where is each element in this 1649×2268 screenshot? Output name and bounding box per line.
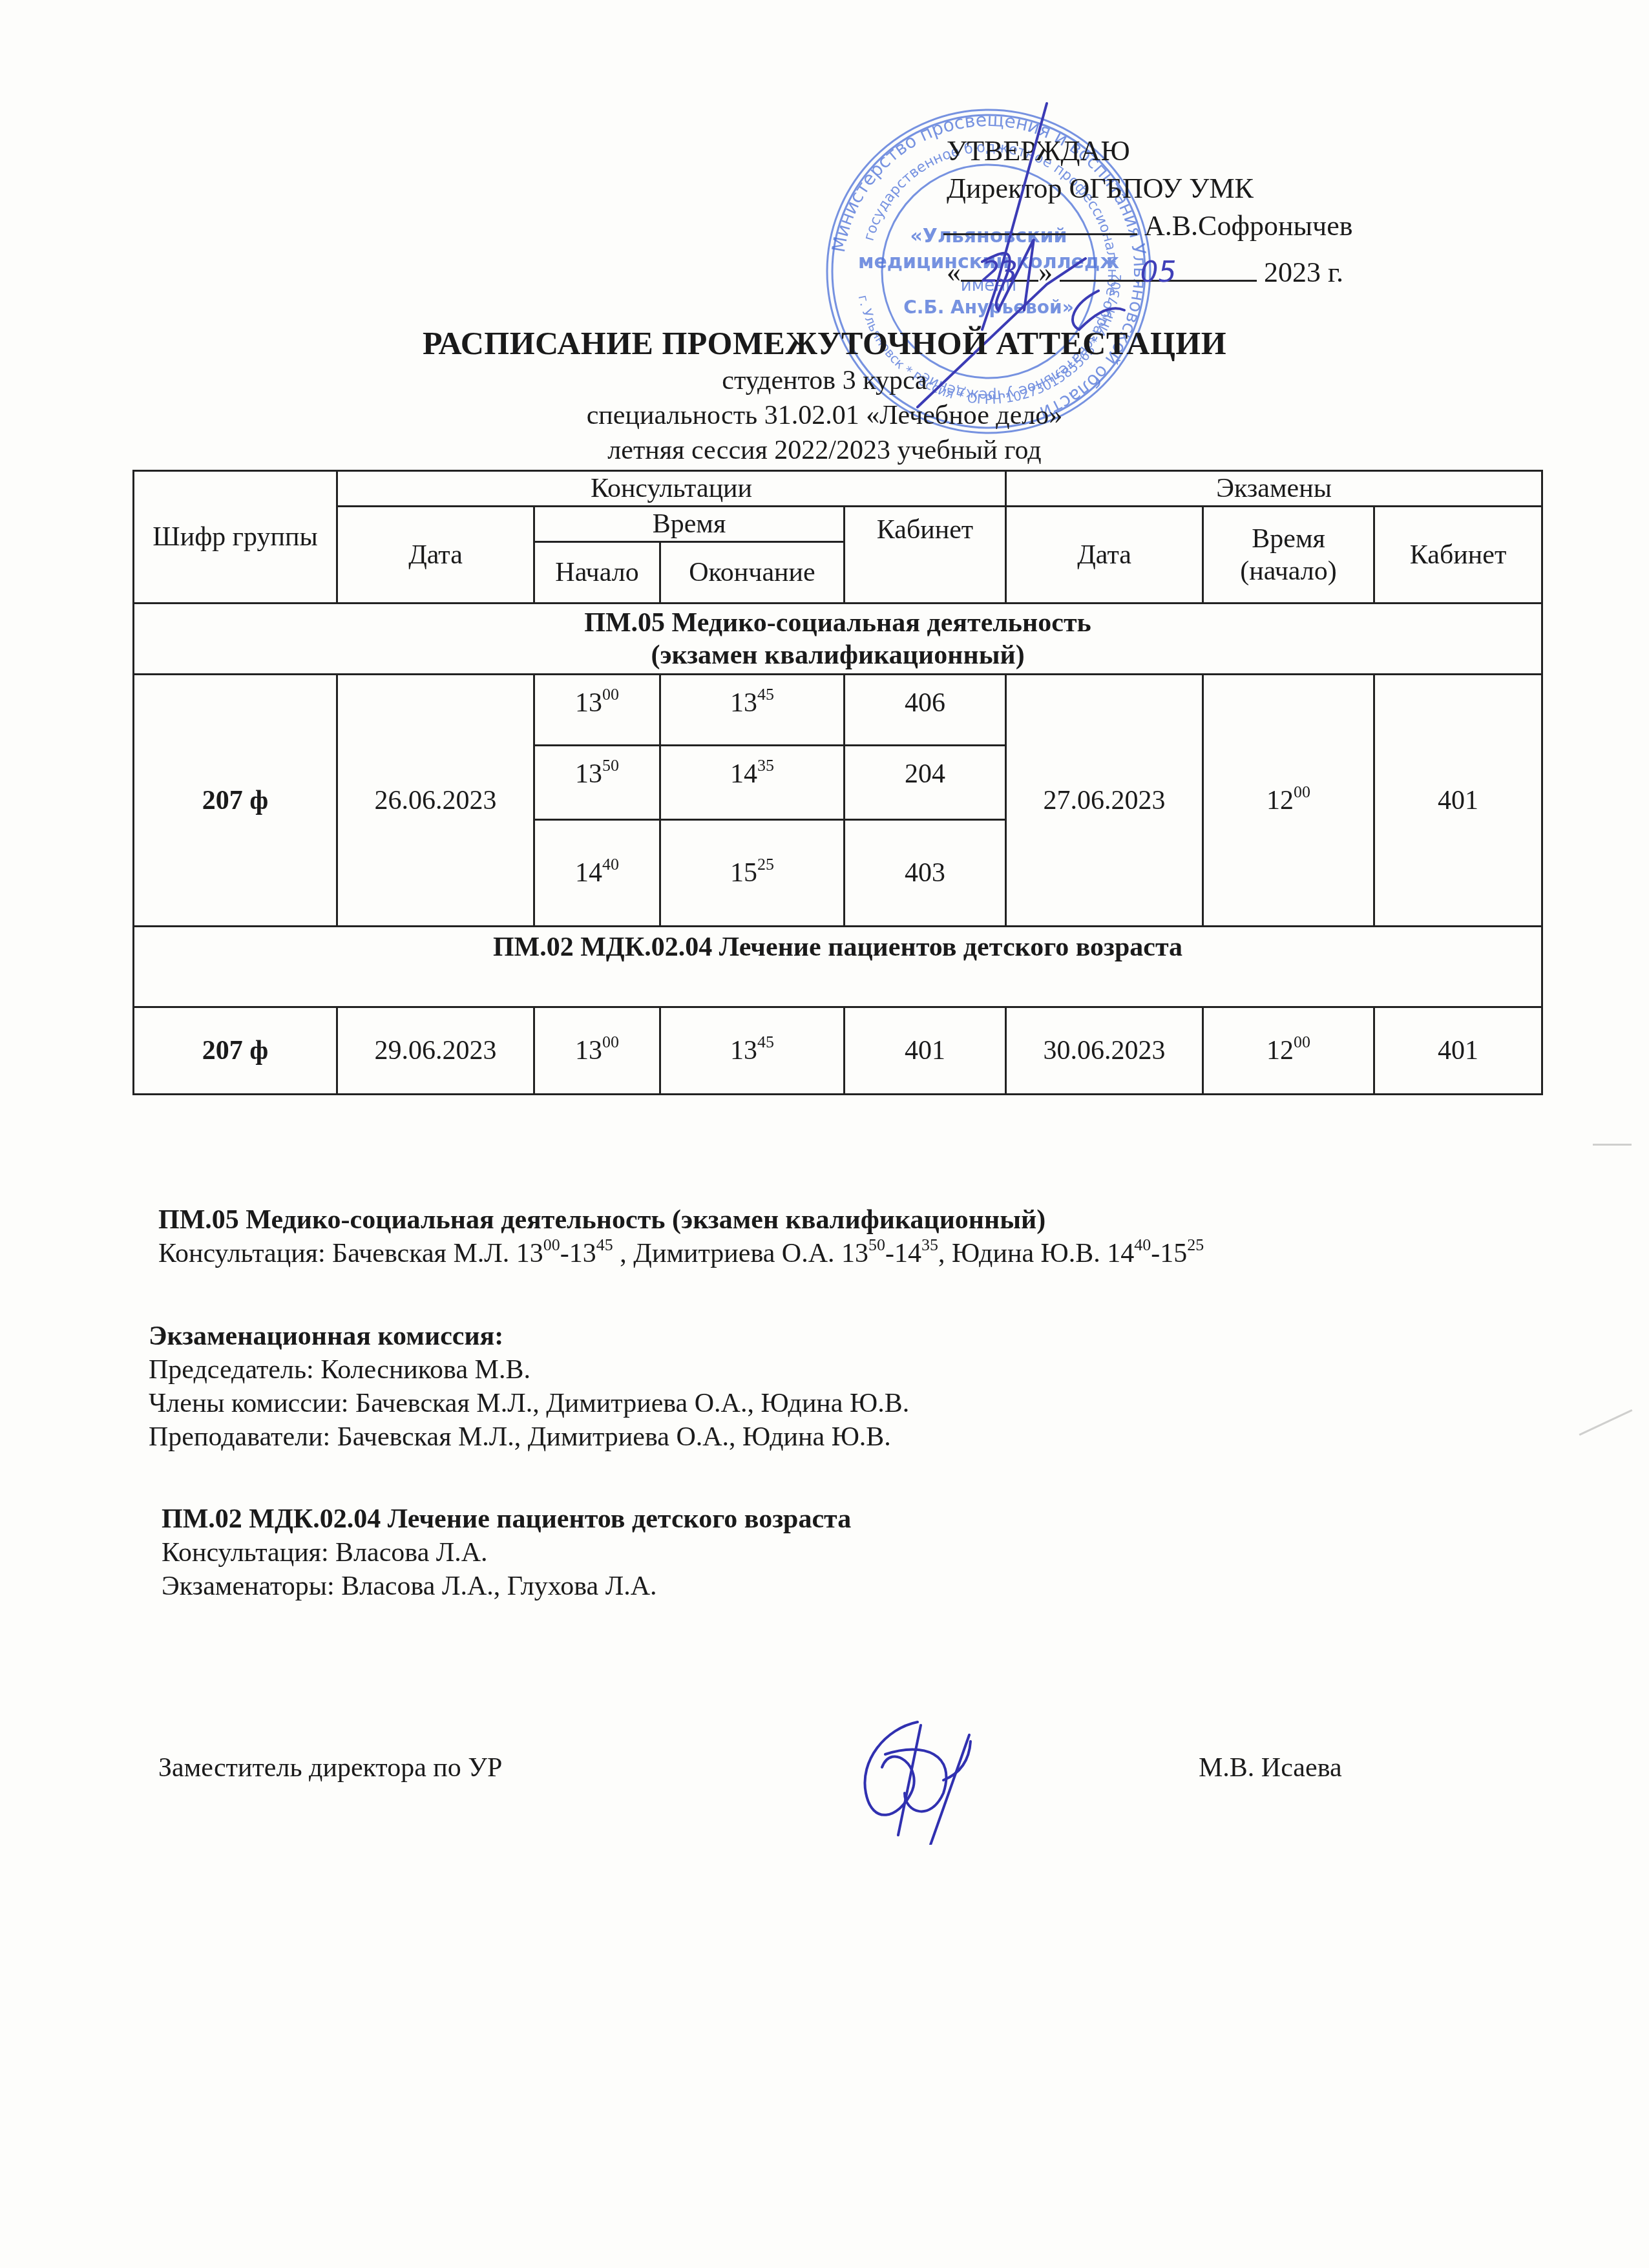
header-exam-date: Дата xyxy=(1006,507,1203,604)
section-title-pm05: ПМ.05 Медико-социальная деятельность (эк… xyxy=(134,604,1542,675)
approver-name: А.В.Софронычев xyxy=(1144,210,1353,242)
commission-teachers: Преподаватели: Бачевская М.Л., Димитриев… xyxy=(149,1420,909,1454)
scan-artifact xyxy=(1593,1144,1632,1146)
slot-room: 204 xyxy=(845,746,1006,820)
notes-pm02: ПМ.02 МДК.02.04 Лечение пациентов детско… xyxy=(162,1502,851,1603)
exam-time: 1200 xyxy=(1203,1007,1374,1095)
slot-room: 403 xyxy=(845,820,1006,927)
exam-commission: Экзаменационная комиссия: Председатель: … xyxy=(149,1319,909,1454)
group-code: 207 ф xyxy=(134,675,337,927)
notes-pm02-examiners: Экзаменаторы: Власова Л.А., Глухова Л.А. xyxy=(162,1570,851,1603)
table-row: 207 ф 29.06.2023 1300 1345 401 30.06.202… xyxy=(134,1007,1542,1095)
slot-end: 1345 xyxy=(660,1007,845,1095)
specialty-line: специальность 31.02.01 «Лечебное дело» xyxy=(0,398,1649,433)
course-line: студентов 3 курса xyxy=(0,363,1649,398)
header-consultations: Консультации xyxy=(337,471,1006,507)
approval-year: 2023 г. xyxy=(1264,257,1343,288)
commission-chair: Председатель: Колесникова М.В. xyxy=(149,1353,909,1387)
slot-room: 401 xyxy=(845,1007,1006,1095)
section-title-pm02: ПМ.02 МДК.02.04 Лечение пациентов детско… xyxy=(134,927,1542,1007)
header-consult-room: Кабинет xyxy=(845,507,1006,604)
group-code: 207 ф xyxy=(134,1007,337,1095)
header-consult-date: Дата xyxy=(337,507,534,604)
schedule-table: Шифр группы Консультации Экзамены Дата В… xyxy=(132,470,1541,1095)
notes-pm02-consultation: Консультация: Власова Л.А. xyxy=(162,1536,851,1570)
notes-pm05: ПМ.05 Медико-социальная деятельность (эк… xyxy=(158,1203,1204,1270)
header-group-code: Шифр группы xyxy=(134,471,337,604)
table-row: 207 ф 26.06.2023 1300 1345 406 27.06.202… xyxy=(134,675,1542,746)
slot-start: 1300 xyxy=(534,675,660,746)
header-start: Начало xyxy=(534,542,660,604)
header-exam-time: Время (начало) xyxy=(1203,507,1374,604)
document-header: РАСПИСАНИЕ ПРОМЕЖУТОЧНОЙ АТТЕСТАЦИИ студ… xyxy=(0,323,1649,468)
slot-start: 1300 xyxy=(534,1007,660,1095)
slot-end: 1435 xyxy=(660,746,845,820)
exam-date: 30.06.2023 xyxy=(1006,1007,1203,1095)
exam-time: 1200 xyxy=(1203,675,1374,927)
notes-pm02-title: ПМ.02 МДК.02.04 Лечение пациентов детско… xyxy=(162,1502,851,1536)
slot-start: 1350 xyxy=(534,746,660,820)
notes-pm05-consultations: Консультация: Бачевская М.Л. 1300-1345 ,… xyxy=(158,1237,1204,1270)
header-consult-time: Время xyxy=(534,507,845,542)
header-end: Окончание xyxy=(660,542,845,604)
exam-room: 401 xyxy=(1374,1007,1542,1095)
commission-members: Члены комиссии: Бачевская М.Л., Димитрие… xyxy=(149,1387,909,1420)
exam-date: 27.06.2023 xyxy=(1006,675,1203,927)
deputy-name: М.В. Исаева xyxy=(1199,1752,1342,1783)
commission-title: Экзаменационная комиссия: xyxy=(149,1319,909,1353)
session-line: летняя сессия 2022/2023 учебный год xyxy=(0,433,1649,468)
deputy-signature-icon xyxy=(846,1716,995,1845)
consult-date: 26.06.2023 xyxy=(337,675,534,927)
exam-room: 401 xyxy=(1374,675,1542,927)
deputy-position: Заместитель директора по УР xyxy=(158,1752,502,1783)
scan-artifact xyxy=(1579,1409,1633,1436)
header-exams: Экзамены xyxy=(1006,471,1542,507)
consult-date: 29.06.2023 xyxy=(337,1007,534,1095)
header-exam-room: Кабинет xyxy=(1374,507,1542,604)
slot-end: 1525 xyxy=(660,820,845,927)
notes-pm05-title: ПМ.05 Медико-социальная деятельность (эк… xyxy=(158,1203,1204,1237)
document-title: РАСПИСАНИЕ ПРОМЕЖУТОЧНОЙ АТТЕСТАЦИИ xyxy=(0,323,1649,363)
slot-start: 1440 xyxy=(534,820,660,927)
slot-room: 406 xyxy=(845,675,1006,746)
slot-end: 1345 xyxy=(660,675,845,746)
